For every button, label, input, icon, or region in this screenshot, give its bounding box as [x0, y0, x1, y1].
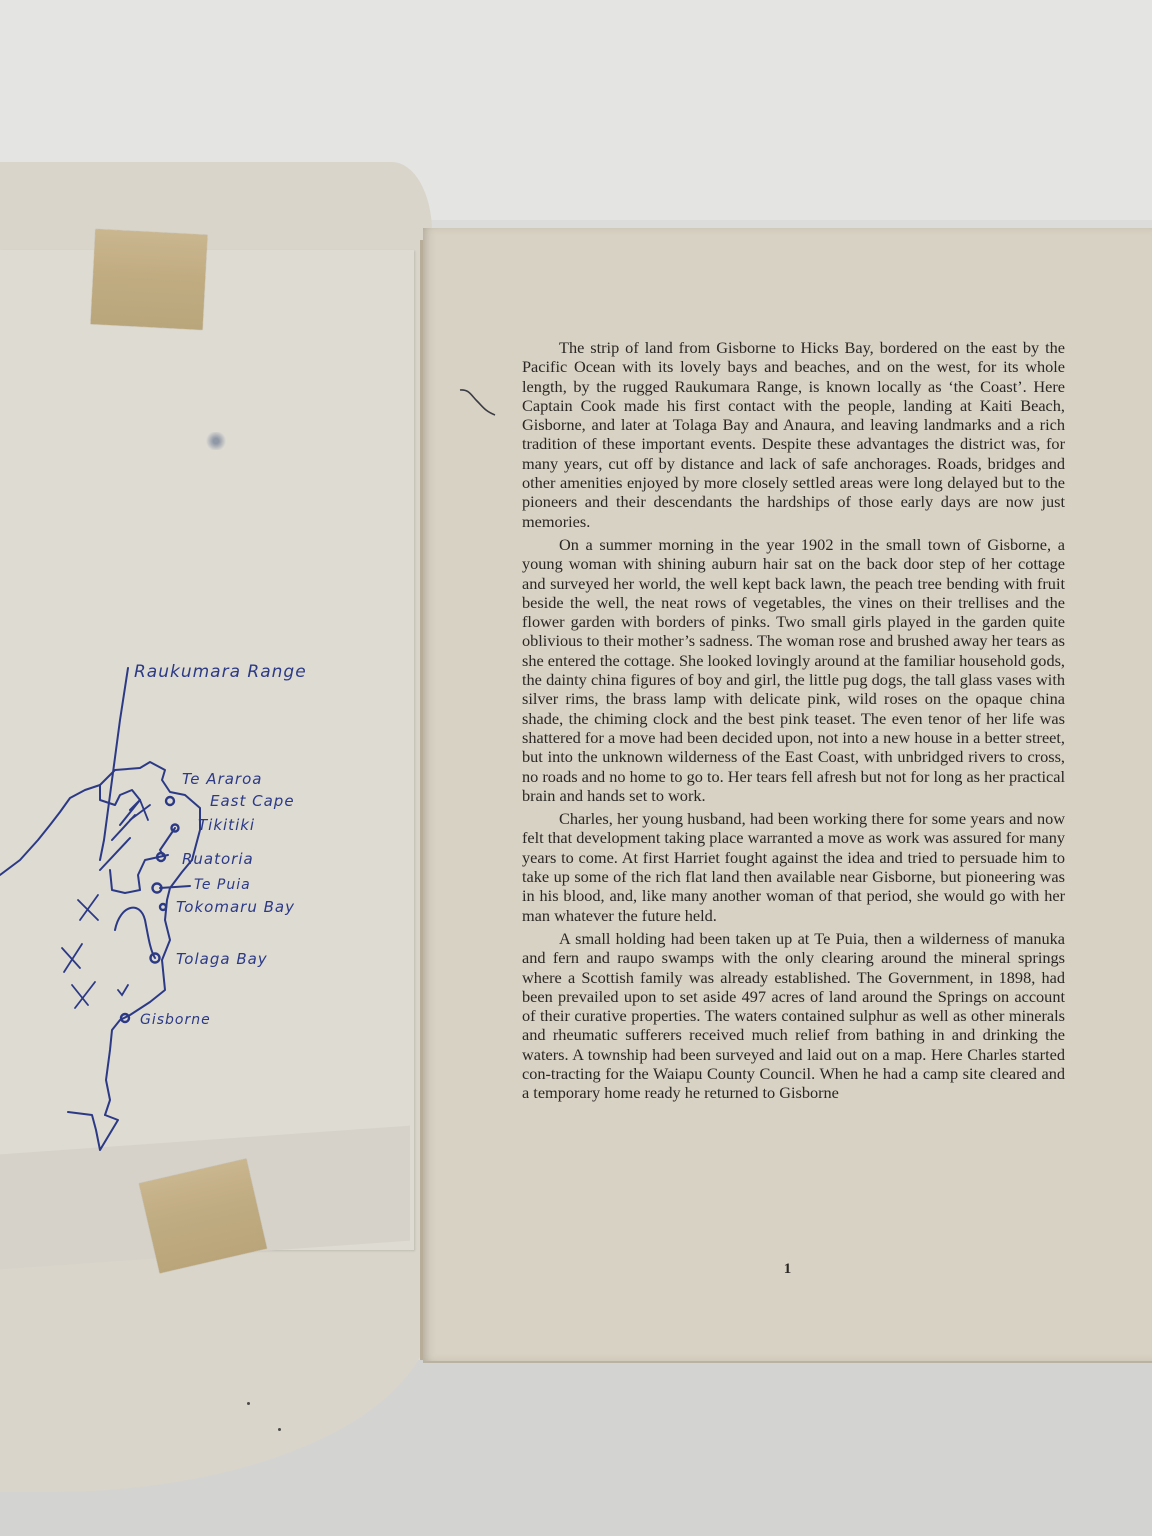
paper-speck	[278, 1428, 281, 1431]
ink-smudge-icon	[206, 432, 226, 450]
map-label-tokomaru-bay: Tokomaru Bay	[176, 898, 295, 916]
map-label-gisborne: Gisborne	[140, 1012, 211, 1028]
map-label-tikitiki: Tikitiki	[198, 816, 255, 834]
adhesive-tape-top	[91, 229, 208, 330]
map-label-tolaga-bay: Tolaga Bay	[176, 950, 268, 968]
paragraph-4: A small holding had been taken up at Te …	[522, 929, 1065, 1103]
map-title-raukumara-range: Raukumara Range	[134, 662, 307, 682]
map-label-east-cape: East Cape	[210, 792, 295, 810]
right-page: The strip of land from Gisborne to Hicks…	[423, 228, 1152, 1363]
paragraph-3: Charles, her young husband, had been wor…	[522, 809, 1065, 925]
map-label-te-puia: Te Puia	[194, 877, 251, 893]
map-label-ruatoria: Ruatoria	[182, 850, 254, 868]
book-gutter	[420, 240, 423, 1360]
paragraph-1: The strip of land from Gisborne to Hicks…	[522, 338, 1065, 531]
body-text: The strip of land from Gisborne to Hicks…	[522, 338, 1065, 1107]
pen-mark-icon	[455, 385, 505, 425]
page-number: 1	[423, 1261, 1152, 1278]
paper-speck	[247, 1402, 250, 1405]
map-label-te-araroa: Te Araroa	[182, 770, 262, 788]
paragraph-2: On a summer morning in the year 1902 in …	[522, 535, 1065, 805]
